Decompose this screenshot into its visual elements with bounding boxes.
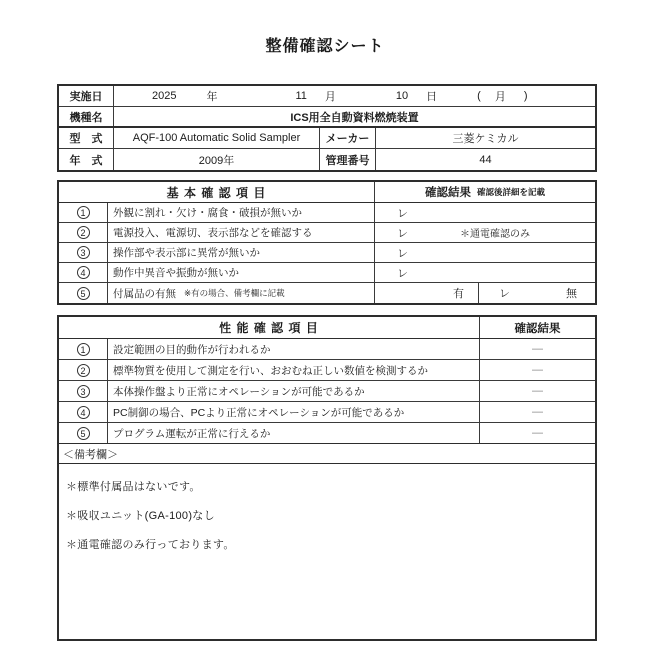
row-number-cell: 1 bbox=[59, 339, 108, 359]
remarks-label-row: ＜備考欄＞ bbox=[59, 444, 595, 464]
remark-line-2: ＊吸収ユニット(GA-100)なし bbox=[66, 507, 587, 523]
check-item-text: 設定範囲の目的動作が行われるか bbox=[108, 339, 480, 359]
maintenance-check-sheet: 整備確認シート 実施日 2025 年 11 月 10 日 ( 月 ) 機種名 I… bbox=[0, 0, 650, 650]
check-item-text: 標準物質を使用して測定を行い、おおむね正しい数値を検測するか bbox=[108, 360, 480, 380]
row-number-cell: 3 bbox=[59, 243, 108, 262]
implementation-date-row: 実施日 2025 年 11 月 10 日 ( 月 ) bbox=[59, 86, 595, 107]
result-annotation: ＊通電確認のみ bbox=[460, 225, 530, 240]
model-year-label: 年 式 bbox=[59, 149, 114, 170]
basic-check-table: 基 本 確 認 項 目 確認結果 確認後詳細を記載 1 外観に割れ・欠け・腐食・… bbox=[57, 180, 597, 305]
accessory-result-cell: 有 レ 無 bbox=[375, 283, 595, 303]
checkmark: レ bbox=[397, 265, 408, 281]
check-result-dash: ― bbox=[480, 339, 595, 359]
row-number-cell: 5 bbox=[59, 423, 108, 443]
equipment-info-table: 実施日 2025 年 11 月 10 日 ( 月 ) 機種名 ICS用全自動資料… bbox=[57, 84, 597, 172]
maker-label: メーカー bbox=[320, 128, 376, 148]
circled-number: 4 bbox=[77, 266, 90, 279]
performance-result-header: 確認結果 bbox=[480, 317, 595, 338]
circled-number: 4 bbox=[77, 406, 90, 419]
check-result-dash: ― bbox=[480, 423, 595, 443]
type-label: 型 式 bbox=[59, 128, 114, 148]
circled-number: 2 bbox=[77, 364, 90, 377]
check-result-cell: レ bbox=[375, 203, 595, 222]
checkmark: レ bbox=[397, 205, 408, 221]
check-result-dash: ― bbox=[480, 402, 595, 422]
row-number-cell: 3 bbox=[59, 381, 108, 401]
performance-check-header-title: 性 能 確 認 項 目 bbox=[59, 317, 480, 338]
accessory-item-note: ※有の場合、備考欄に記載 bbox=[184, 287, 285, 299]
date-paren-open: ( bbox=[477, 90, 481, 102]
model-year-value: 2009年 bbox=[114, 149, 320, 170]
date-day: 10 bbox=[396, 90, 408, 102]
date-year-unit: 年 bbox=[206, 88, 217, 104]
check-item-text: 操作部や表示部に異常が無いか bbox=[108, 243, 375, 262]
checkmark: レ bbox=[397, 245, 408, 261]
performance-check-row-5: 5 プログラム運転が正常に行えるか ― bbox=[59, 423, 595, 444]
remarks-box: ＊標準付属品はないです。 ＊吸収ユニット(GA-100)なし ＊通電確認のみ行っ… bbox=[59, 464, 595, 639]
management-number-label: 管理番号 bbox=[320, 149, 376, 170]
date-month: 11 bbox=[295, 90, 306, 102]
check-item-text: プログラム運転が正常に行えるか bbox=[108, 423, 480, 443]
check-result-dash: ― bbox=[480, 360, 595, 380]
circled-number: 1 bbox=[77, 206, 90, 219]
performance-check-row-1: 1 設定範囲の目的動作が行われるか ― bbox=[59, 339, 595, 360]
basic-check-row-1: 1 外観に割れ・欠け・腐食・破損が無いか レ bbox=[59, 203, 595, 223]
check-item-text: 外観に割れ・欠け・腐食・破損が無いか bbox=[108, 203, 375, 222]
basic-check-row-4: 4 動作中異音や振動が無いか レ bbox=[59, 263, 595, 283]
remark-line-3: ＊通電確認のみ行っております。 bbox=[66, 536, 587, 552]
row-number-cell: 5 bbox=[59, 283, 108, 303]
check-result-dash: ― bbox=[480, 381, 595, 401]
model-name-label: 機種名 bbox=[59, 107, 114, 126]
circled-number: 2 bbox=[77, 226, 90, 239]
basic-check-row-3: 3 操作部や表示部に異常が無いか レ bbox=[59, 243, 595, 263]
basic-check-header: 基 本 確 認 項 目 確認結果 確認後詳細を記載 bbox=[59, 182, 595, 203]
type-row: 型 式 AQF-100 Automatic Solid Sampler メーカー… bbox=[59, 128, 595, 149]
maker-value: 三菱ケミカル bbox=[376, 128, 595, 148]
check-result-cell: レ bbox=[375, 243, 595, 262]
circled-number: 3 bbox=[77, 246, 90, 259]
remark-line-1: ＊標準付属品はないです。 bbox=[66, 478, 587, 494]
management-number-value: 44 bbox=[376, 149, 595, 170]
date-weekday: 月 bbox=[495, 88, 506, 104]
implementation-date-label: 実施日 bbox=[59, 86, 114, 106]
date-paren-close: ) bbox=[524, 90, 528, 102]
performance-check-table: 性 能 確 認 項 目 確認結果 1 設定範囲の目的動作が行われるか ― 2 標… bbox=[57, 315, 597, 641]
page-title: 整備確認シート bbox=[0, 33, 650, 56]
accessory-item-label: 付属品の有無 bbox=[113, 286, 176, 301]
row-number-cell: 4 bbox=[59, 402, 108, 422]
performance-check-row-2: 2 標準物質を使用して測定を行い、おおむね正しい数値を検測するか ― bbox=[59, 360, 595, 381]
circled-number: 5 bbox=[77, 287, 90, 300]
circled-number: 1 bbox=[77, 343, 90, 356]
accessory-no-option: 無 bbox=[566, 285, 577, 301]
result-header-note: 確認後詳細を記載 bbox=[477, 186, 545, 198]
model-name-value: ICS用全自動資料燃焼装置 bbox=[114, 107, 595, 126]
row-number-cell: 1 bbox=[59, 203, 108, 222]
implementation-date-value: 2025 年 11 月 10 日 ( 月 ) bbox=[114, 86, 595, 106]
checkmark: レ bbox=[499, 285, 510, 301]
basic-check-result-header: 確認結果 確認後詳細を記載 bbox=[375, 182, 595, 202]
check-item-text: 動作中異音や振動が無いか bbox=[108, 263, 375, 282]
model-year-row: 年 式 2009年 管理番号 44 bbox=[59, 149, 595, 170]
basic-check-header-title: 基 本 確 認 項 目 bbox=[59, 182, 375, 202]
circled-number: 5 bbox=[77, 427, 90, 440]
check-item-text: 電源投入、電源切、表示部などを確認する bbox=[108, 223, 375, 242]
performance-check-row-4: 4 PC制御の場合、PCより正常にオペレーションが可能であるか ― bbox=[59, 402, 595, 423]
row-number-cell: 2 bbox=[59, 223, 108, 242]
date-year: 2025 bbox=[152, 90, 176, 102]
remarks-section-label: ＜備考欄＞ bbox=[59, 446, 118, 462]
date-month-unit: 月 bbox=[325, 88, 336, 104]
check-result-cell: レ ＊通電確認のみ bbox=[375, 223, 595, 242]
checkmark: レ bbox=[397, 225, 408, 241]
row-number-cell: 4 bbox=[59, 263, 108, 282]
basic-check-row-2: 2 電源投入、電源切、表示部などを確認する レ ＊通電確認のみ bbox=[59, 223, 595, 243]
check-item-text: 本体操作盤より正常にオペレーションが可能であるか bbox=[108, 381, 480, 401]
row-number-cell: 2 bbox=[59, 360, 108, 380]
model-name-row: 機種名 ICS用全自動資料燃焼装置 bbox=[59, 107, 595, 128]
circled-number: 3 bbox=[77, 385, 90, 398]
check-item-text: 付属品の有無 ※有の場合、備考欄に記載 bbox=[108, 283, 375, 303]
accessory-no-option-cell: レ 無 bbox=[479, 283, 595, 303]
type-value: AQF-100 Automatic Solid Sampler bbox=[114, 128, 320, 148]
basic-check-row-5: 5 付属品の有無 ※有の場合、備考欄に記載 有 レ 無 bbox=[59, 283, 595, 303]
performance-check-row-3: 3 本体操作盤より正常にオペレーションが可能であるか ― bbox=[59, 381, 595, 402]
check-item-text: PC制御の場合、PCより正常にオペレーションが可能であるか bbox=[108, 402, 480, 422]
result-header-label: 確認結果 bbox=[425, 184, 471, 200]
accessory-yes-option: 有 bbox=[375, 283, 479, 303]
check-result-cell: レ bbox=[375, 263, 595, 282]
performance-check-header: 性 能 確 認 項 目 確認結果 bbox=[59, 317, 595, 339]
date-day-unit: 日 bbox=[426, 88, 437, 104]
